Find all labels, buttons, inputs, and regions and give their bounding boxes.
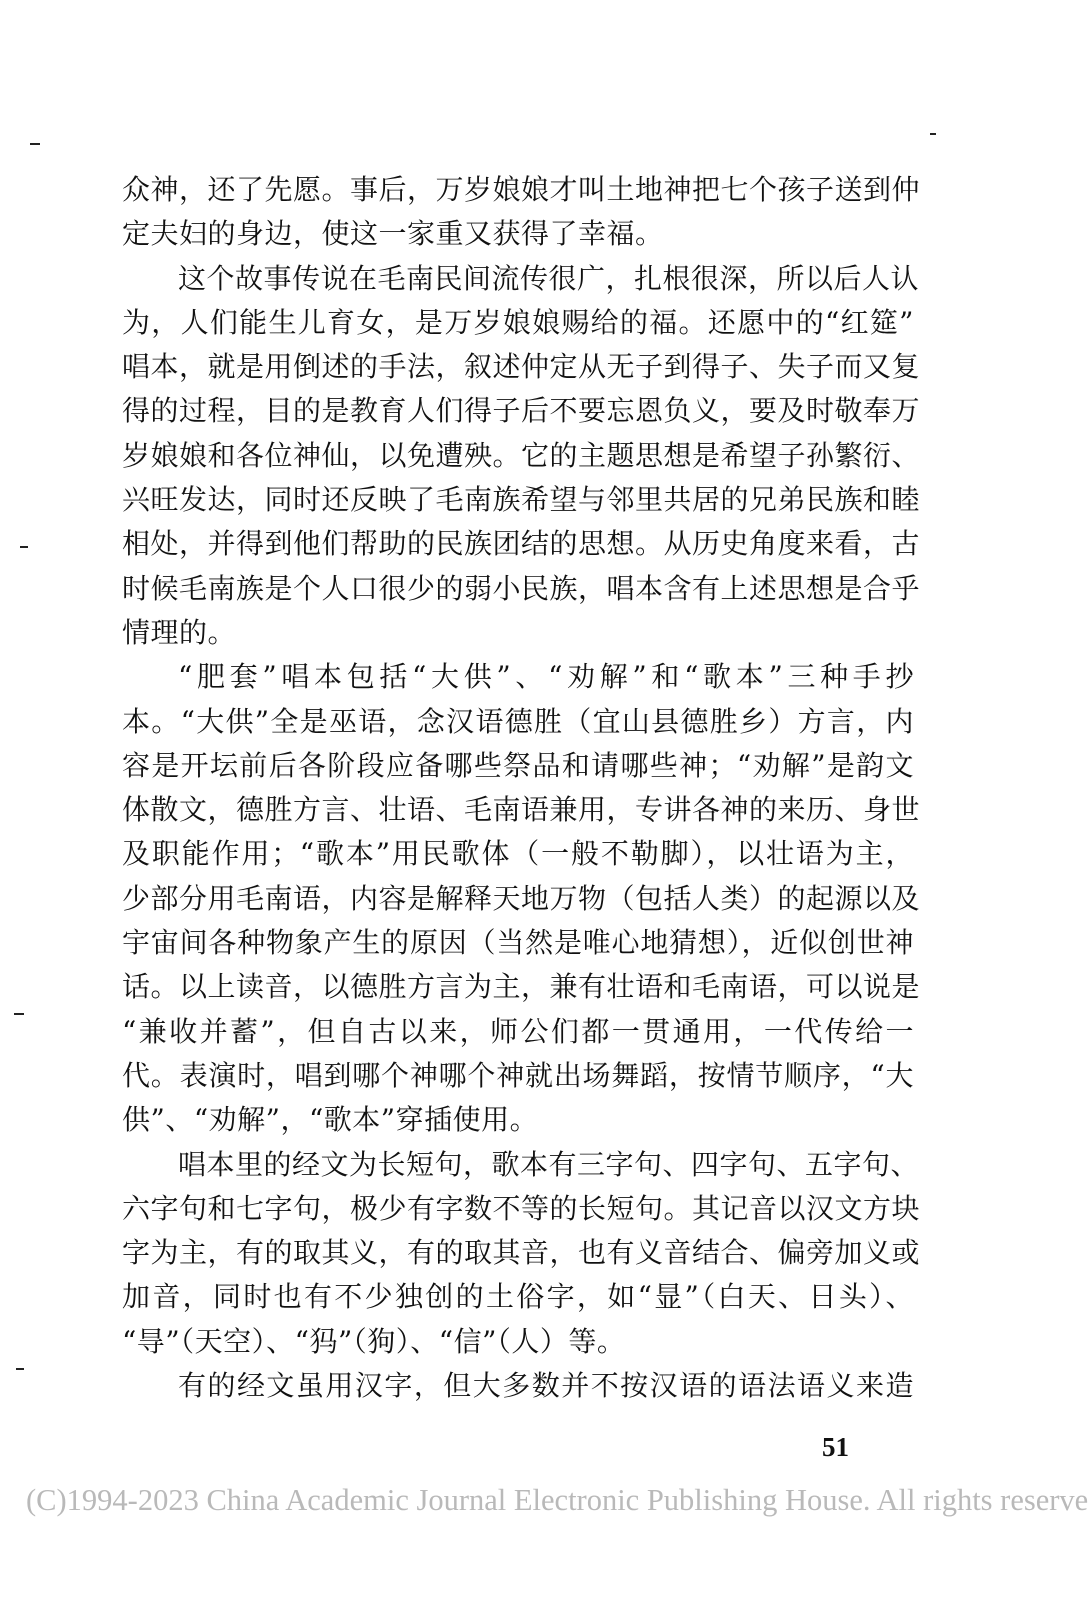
text-line: 为，人们能生儿育女，是万岁娘娘赐给的福。还愿中的“红筵”	[122, 301, 914, 345]
scan-margin-mark	[30, 143, 40, 145]
text-line: 得的过程，目的是教育人们得子后不要忘恩负义，要及时敬奉万	[122, 389, 914, 433]
text-line: 众神，还了先愿。事后，万岁娘娘才叫土地神把七个孩子送到仲	[122, 168, 914, 212]
text-line: “㝵”（天空）、“犸”（狗）、“信”（人）等。	[122, 1320, 914, 1364]
scanned-page: 众神，还了先愿。事后，万岁娘娘才叫土地神把七个孩子送到仲定夫妇的身边，使这一家重…	[0, 0, 1091, 1602]
scan-margin-mark	[16, 1368, 24, 1370]
text-line: 话。以上读音，以德胜方言为主，兼有壮语和毛南语，可以说是	[122, 965, 914, 1009]
body-text: 众神，还了先愿。事后，万岁娘娘才叫土地神把七个孩子送到仲定夫妇的身边，使这一家重…	[122, 168, 914, 1408]
text-line: 岁娘娘和各位神仙，以免遭殃。它的主题思想是希望子孙繁衍、	[122, 434, 914, 478]
text-line: 及职能作用；“歌本”用民歌体（一般不勒脚），以壮语为主，	[122, 832, 914, 876]
copyright-watermark: (C)1994-2023 China Academic Journal Elec…	[26, 1483, 1088, 1518]
text-line: “肥套”唱本包括“大供”、“劝解”和“歌本”三种手抄	[122, 655, 914, 699]
text-line: 代。表演时，唱到哪个神哪个神就出场舞蹈，按情节顺序，“大	[122, 1054, 914, 1098]
text-line: 这个故事传说在毛南民间流传很广，扎根很深，所以后人认	[122, 257, 914, 301]
text-line: 本。“大供”全是巫语，念汉语德胜（宜山县德胜乡）方言，内	[122, 700, 914, 744]
text-line: 容是开坛前后各阶段应备哪些祭品和请哪些神；“劝解”是韵文	[122, 744, 914, 788]
text-line: 少部分用毛南语，内容是解释天地万物（包括人类）的起源以及	[122, 877, 914, 921]
text-line: 有的经文虽用汉字，但大多数并不按汉语的语法语义来造	[122, 1364, 914, 1408]
text-line: 时候毛南族是个人口很少的弱小民族，唱本含有上述思想是合乎	[122, 567, 914, 611]
text-line: 情理的。	[122, 611, 914, 655]
scan-margin-mark	[930, 133, 936, 135]
scan-margin-mark	[20, 546, 28, 548]
page-number: 51	[822, 1432, 849, 1463]
text-line: 唱本里的经文为长短句，歌本有三字句、四字句、五字句、	[122, 1143, 914, 1187]
text-line: 兴旺发达，同时还反映了毛南族希望与邻里共居的兄弟民族和睦	[122, 478, 914, 522]
text-line: 定夫妇的身边，使这一家重又获得了幸福。	[122, 212, 914, 256]
text-line: 唱本，就是用倒述的手法，叙述仲定从无子到得子、失子而又复	[122, 345, 914, 389]
scan-margin-mark	[14, 1013, 24, 1015]
text-line: 相处，并得到他们帮助的民族团结的思想。从历史角度来看，古	[122, 522, 914, 566]
text-line: 供”、“劝解”，“歌本”穿插使用。	[122, 1098, 914, 1142]
text-line: 六字句和七字句，极少有字数不等的长短句。其记音以汉文方块	[122, 1187, 914, 1231]
text-line: 体散文，德胜方言、壮语、毛南语兼用，专讲各神的来历、身世	[122, 788, 914, 832]
text-line: “兼收并蓄”，但自古以来，师公们都一贯通用，一代传给一	[122, 1010, 914, 1054]
text-line: 字为主，有的取其义，有的取其音，也有义音结合、偏旁加义或	[122, 1231, 914, 1275]
text-line: 宇宙间各种物象产生的原因（当然是唯心地猜想），近似创世神	[122, 921, 914, 965]
text-line: 加音，同时也有不少独创的土俗字，如“㫫”（白天、日头）、	[122, 1275, 914, 1319]
